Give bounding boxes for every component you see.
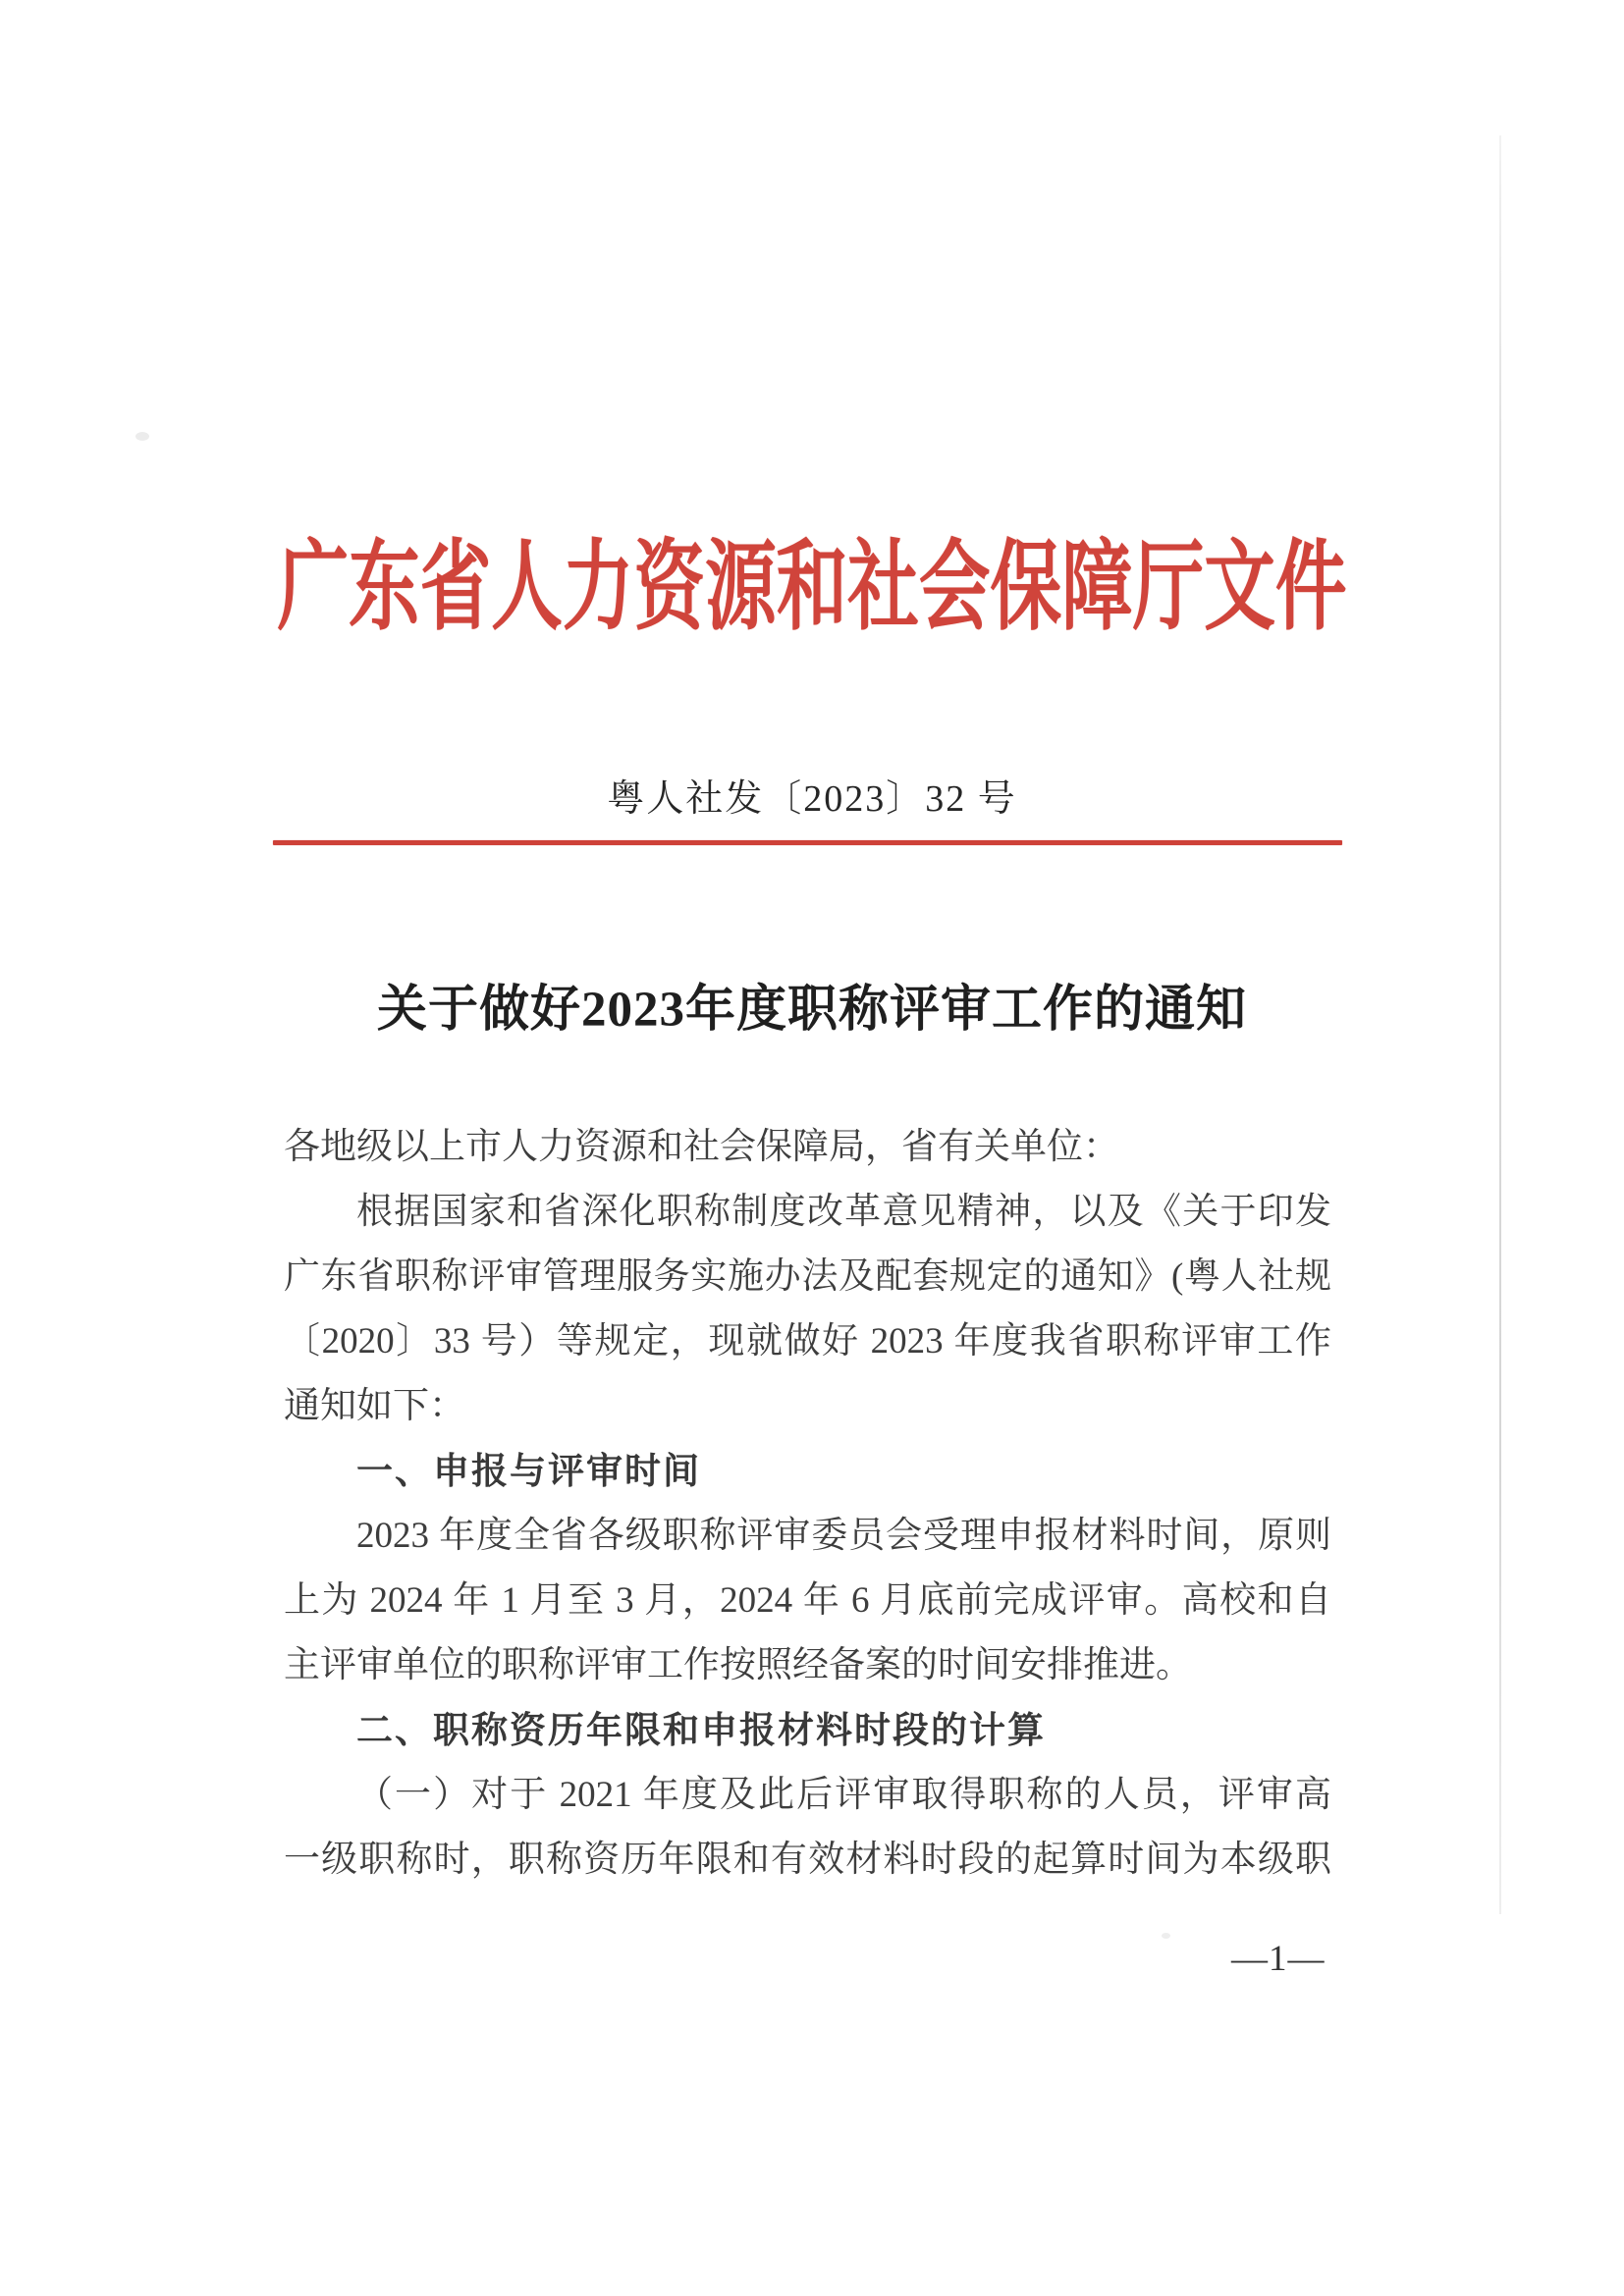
document-number: 粤人社发〔2023〕32 号 (0, 774, 1624, 825)
body-line: 各地级以上市人力资源和社会保障局，省有关单位： (284, 1115, 1331, 1180)
body-line: 广东省职称评审管理服务实施办法及配套规定的通知》(粤人社规 (284, 1245, 1331, 1309)
page-number: —1— (1231, 1936, 1326, 1983)
body-line: 主评审单位的职称评审工作按照经备案的时间安排推进。 (284, 1633, 1331, 1698)
body-line: 一级职称时，职称资历年限和有效材料时段的起算时间为本级职 (284, 1828, 1331, 1893)
body-line: 二、职称资历年限和申报材料时段的计算 (284, 1698, 1331, 1763)
notice-title: 关于做好2023年度职称评审工作的通知 (0, 980, 1624, 1041)
body-line: 一、申报与评审时间 (284, 1439, 1331, 1504)
body-line: 通知如下： (284, 1374, 1331, 1439)
scan-smudge (1162, 1933, 1170, 1939)
official-document-page: 广东省人力资源和社会保障厅文件 粤人社发〔2023〕32 号 关于做好2023年… (0, 0, 1624, 2296)
notice-body: 各地级以上市人力资源和社会保障局，省有关单位：根据国家和省深化职称制度改革意见精… (284, 1115, 1331, 1893)
body-line: 〔2020〕33 号）等规定，现就做好 2023 年度我省职称评审工作 (284, 1309, 1331, 1374)
red-divider-line (273, 840, 1342, 845)
scan-smudge (135, 432, 149, 441)
letterhead-title-text: 广东省人力资源和社会保障厅文件 (278, 526, 1347, 650)
body-line: 2023 年度全省各级职称评审委员会受理申报材料时间，原则 (284, 1504, 1331, 1569)
letterhead-title: 广东省人力资源和社会保障厅文件 (0, 526, 1624, 650)
body-line: 上为 2024 年 1 月至 3 月，2024 年 6 月底前完成评审。高校和自 (284, 1569, 1331, 1633)
body-line: 根据国家和省深化职称制度改革意见精神，以及《关于印发 (284, 1180, 1331, 1245)
body-line: （一）对于 2021 年度及此后评审取得职称的人员，评审高 (284, 1763, 1331, 1828)
